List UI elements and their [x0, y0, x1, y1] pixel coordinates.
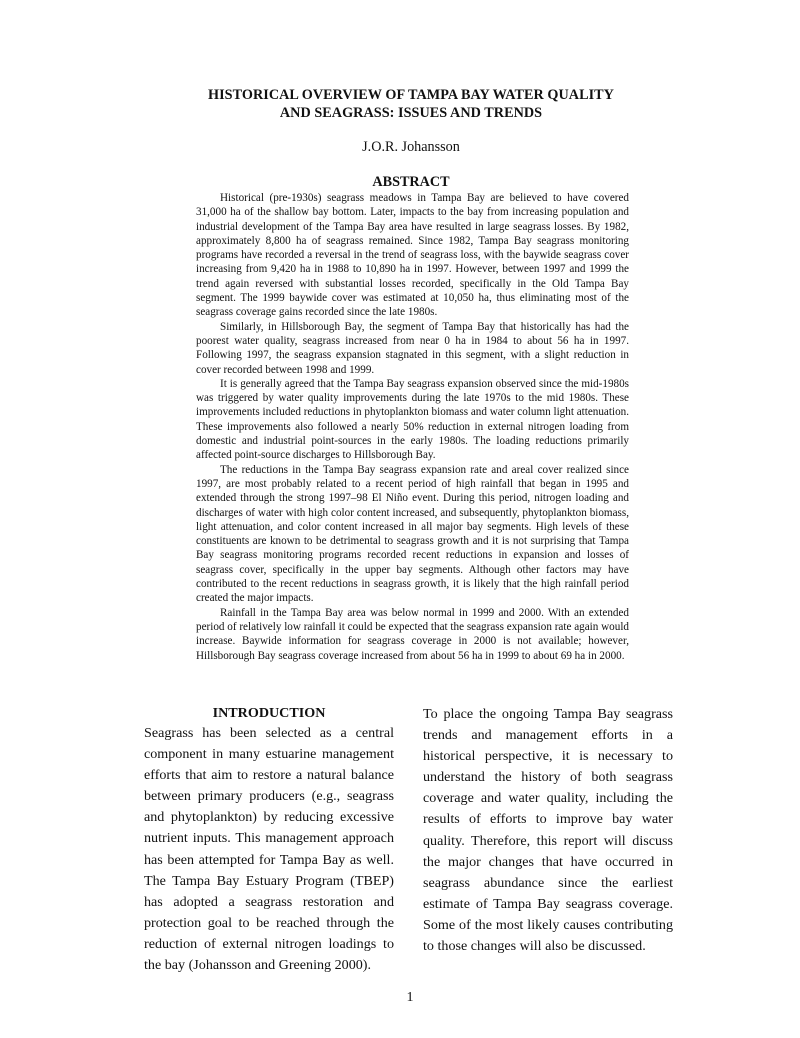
- introduction-right-column: To place the ongoing Tampa Bay seagrass …: [423, 704, 673, 957]
- abstract-paragraph: Similarly, in Hillsborough Bay, the segm…: [196, 320, 629, 377]
- abstract-paragraph: Rainfall in the Tampa Bay area was below…: [196, 606, 629, 663]
- abstract-body: Historical (pre-1930s) seagrass meadows …: [196, 191, 629, 663]
- paper-title: HISTORICAL OVERVIEW OF TAMPA BAY WATER Q…: [150, 86, 672, 122]
- paper-title-line-2: AND SEAGRASS: ISSUES AND TRENDS: [150, 104, 672, 122]
- abstract-heading: ABSTRACT: [150, 173, 672, 191]
- abstract-paragraph: The reductions in the Tampa Bay seagrass…: [196, 463, 629, 606]
- author-name: J.O.R. Johansson: [150, 138, 672, 156]
- introduction-left-column: INTRODUCTION Seagrass has been selected …: [144, 704, 394, 976]
- abstract-paragraph: It is generally agreed that the Tampa Ba…: [196, 377, 629, 463]
- page-number: 1: [390, 989, 430, 1007]
- introduction-paragraph: To place the ongoing Tampa Bay seagrass …: [423, 704, 673, 957]
- introduction-paragraph: Seagrass has been selected as a central …: [144, 723, 394, 976]
- paper-title-line-1: HISTORICAL OVERVIEW OF TAMPA BAY WATER Q…: [150, 86, 672, 104]
- introduction-heading: INTRODUCTION: [144, 704, 394, 723]
- abstract-paragraph: Historical (pre-1930s) seagrass meadows …: [196, 191, 629, 320]
